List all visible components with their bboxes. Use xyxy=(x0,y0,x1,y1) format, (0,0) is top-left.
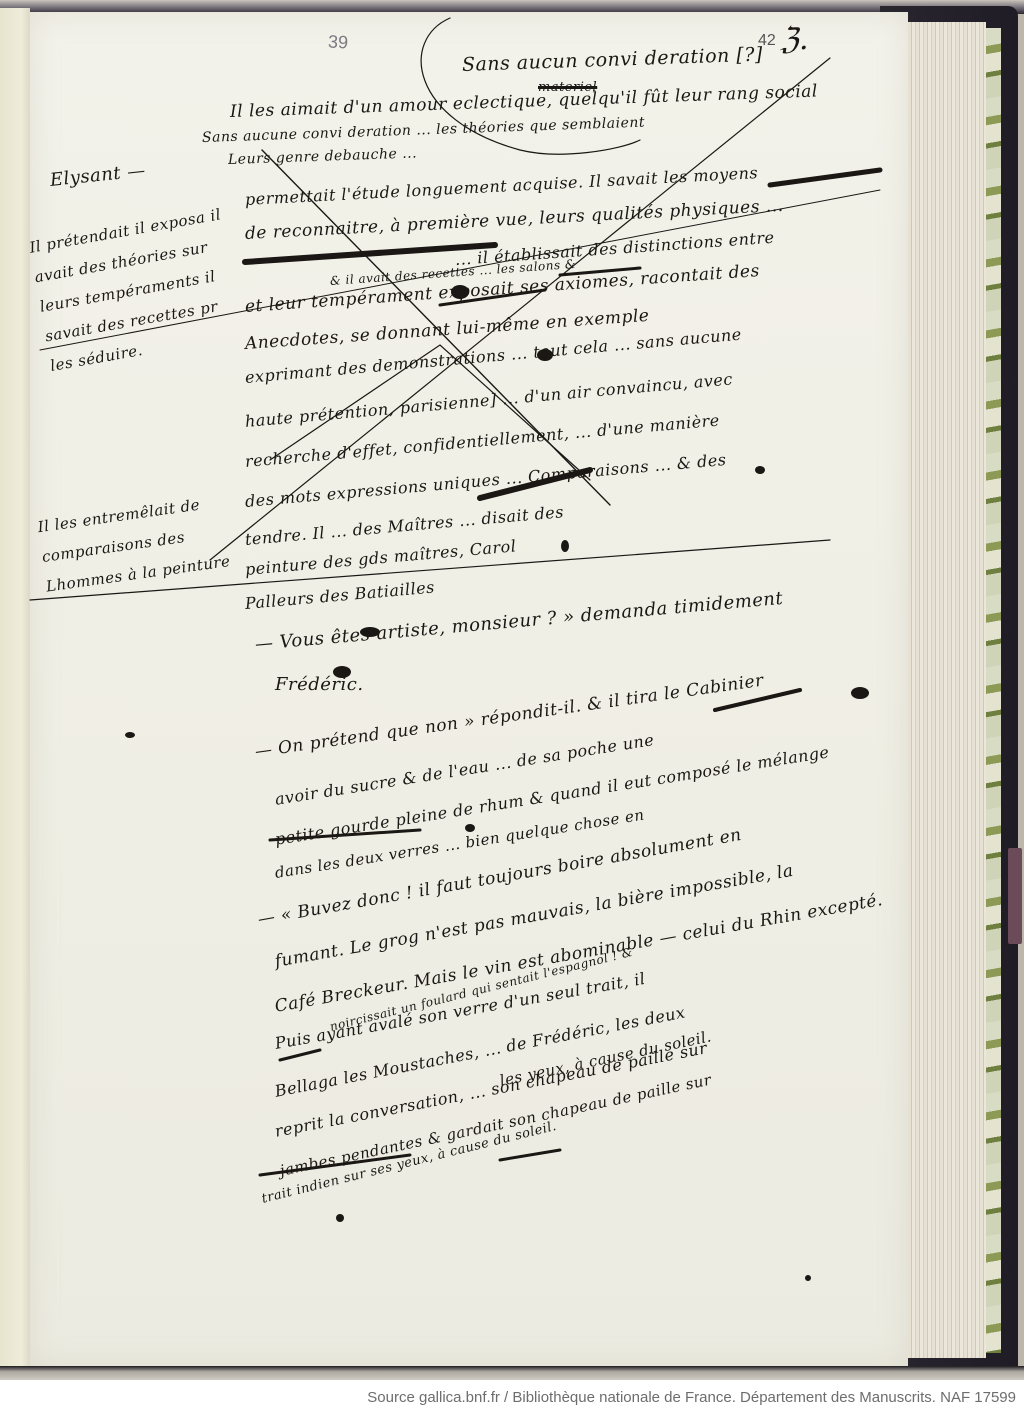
margin-note-1: Elysant — xyxy=(49,160,147,191)
line-18: Frédéric. xyxy=(275,674,364,695)
binding-bottom-edge xyxy=(0,1366,1024,1380)
marbled-endpaper xyxy=(985,28,1001,1353)
margin-note-3: Il les entremêlait de comparaisons des L… xyxy=(36,486,237,602)
line-1: Il les aimait d'un amour eclectique, que… xyxy=(230,81,818,122)
folio-pencil-number: 39 xyxy=(327,31,348,53)
manuscript-scan: 39 42 ℨ. Sans aucun convi deration [?] m… xyxy=(0,0,1024,1380)
left-page-strip xyxy=(0,8,30,1368)
page-stack-edges xyxy=(900,22,986,1358)
folio-mark: ℨ. xyxy=(780,22,809,57)
bookmark-tab xyxy=(1008,848,1022,944)
source-caption: Source gallica.bnf.fr / Bibliothèque nat… xyxy=(0,1380,1016,1416)
line-16: Palleurs des Batiailles xyxy=(244,577,435,613)
manuscript-page: 39 42 ℨ. Sans aucun convi deration [?] m… xyxy=(30,12,908,1368)
top-insert: Sans aucun convi deration [?] xyxy=(462,44,764,76)
margin-note-2: Il prétendait il exposa il avait des thé… xyxy=(27,198,250,380)
line-14: tendre. Il ... des Maîtres ... disait de… xyxy=(244,502,564,549)
line-3: Leurs genre debauche ... xyxy=(228,145,418,168)
